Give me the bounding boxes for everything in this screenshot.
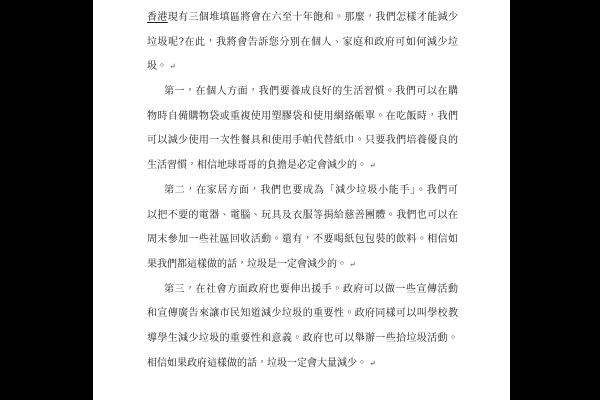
- essay-text: 香港現有三個堆填區將會在六至十年飽和。那麼，我們怎樣才能減少垃圾呢?在此，我將會…: [147, 6, 458, 376]
- text-line: 生活習慣，相信地球哥哥的負擔是必定會減少的。↵: [147, 154, 458, 179]
- text-line: 以把不要的電器、電腦、玩具及衣服等捐給慈善團體。我們也可以在: [147, 204, 458, 229]
- text-line: 和宣傳廣告來讓市民知道減少垃圾的重要性。政府同樣可以叫學校教: [147, 302, 458, 327]
- text-line: 香港現有三個堆填區將會在六至十年飽和。那麼，我們怎樣才能減少: [147, 6, 458, 31]
- underlined-text: 香港: [147, 12, 168, 23]
- paragraph-return-mark-icon: ↵: [369, 161, 376, 170]
- screenshot-root: { "page": { "background_color": "#000000…: [0, 0, 600, 400]
- text-line: 可以減少使用一次性餐具和使用手帕代替紙巾。只要我們培養優良的: [147, 129, 458, 154]
- text-line: 垃圾呢?在此，我將會告訴您分別在個人、家庭和政府可如何減少垃: [147, 31, 458, 56]
- document-page: 香港現有三個堆填區將會在六至十年飽和。那麼，我們怎樣才能減少垃圾呢?在此，我將會…: [93, 0, 510, 400]
- paragraph-return-mark-icon: ↵: [369, 359, 376, 368]
- paragraph-return-mark-icon: ↵: [169, 62, 176, 71]
- paragraph-return-mark-icon: ↵: [349, 260, 356, 269]
- letterbox-left: [0, 0, 93, 400]
- text-line: 第二，在家居方面，我們也要成為「減少垃圾小能手」。我們可: [147, 179, 458, 204]
- text-line: 物時自備購物袋或重複使用塑膠袋和使用網絡帳單。在吃飯時，我們: [147, 105, 458, 130]
- text-line: 相信如果政府這樣做的話，垃圾一定會大量減少。↵: [147, 352, 458, 377]
- text-line: 果我們都這樣做的話，垃圾是一定會減少的。↵: [147, 253, 458, 278]
- text-line: 周末參加一些社區回收活動。還有，不要喝紙包包裝的飲料。相信如: [147, 228, 458, 253]
- text-line: 導學生減少垃圾的重要性和意義。政府也可以舉辦一些拾垃圾活動。: [147, 327, 458, 352]
- letterbox-right: [510, 0, 600, 400]
- text-line: 第三，在社會方面政府也要伸出援手。政府可以做一些宣傳活動: [147, 278, 458, 303]
- text-line: 第一，在個人方面，我們要養成良好的生活習慣。我們可以在購: [147, 80, 458, 105]
- text-line: 圾。↵: [147, 55, 458, 80]
